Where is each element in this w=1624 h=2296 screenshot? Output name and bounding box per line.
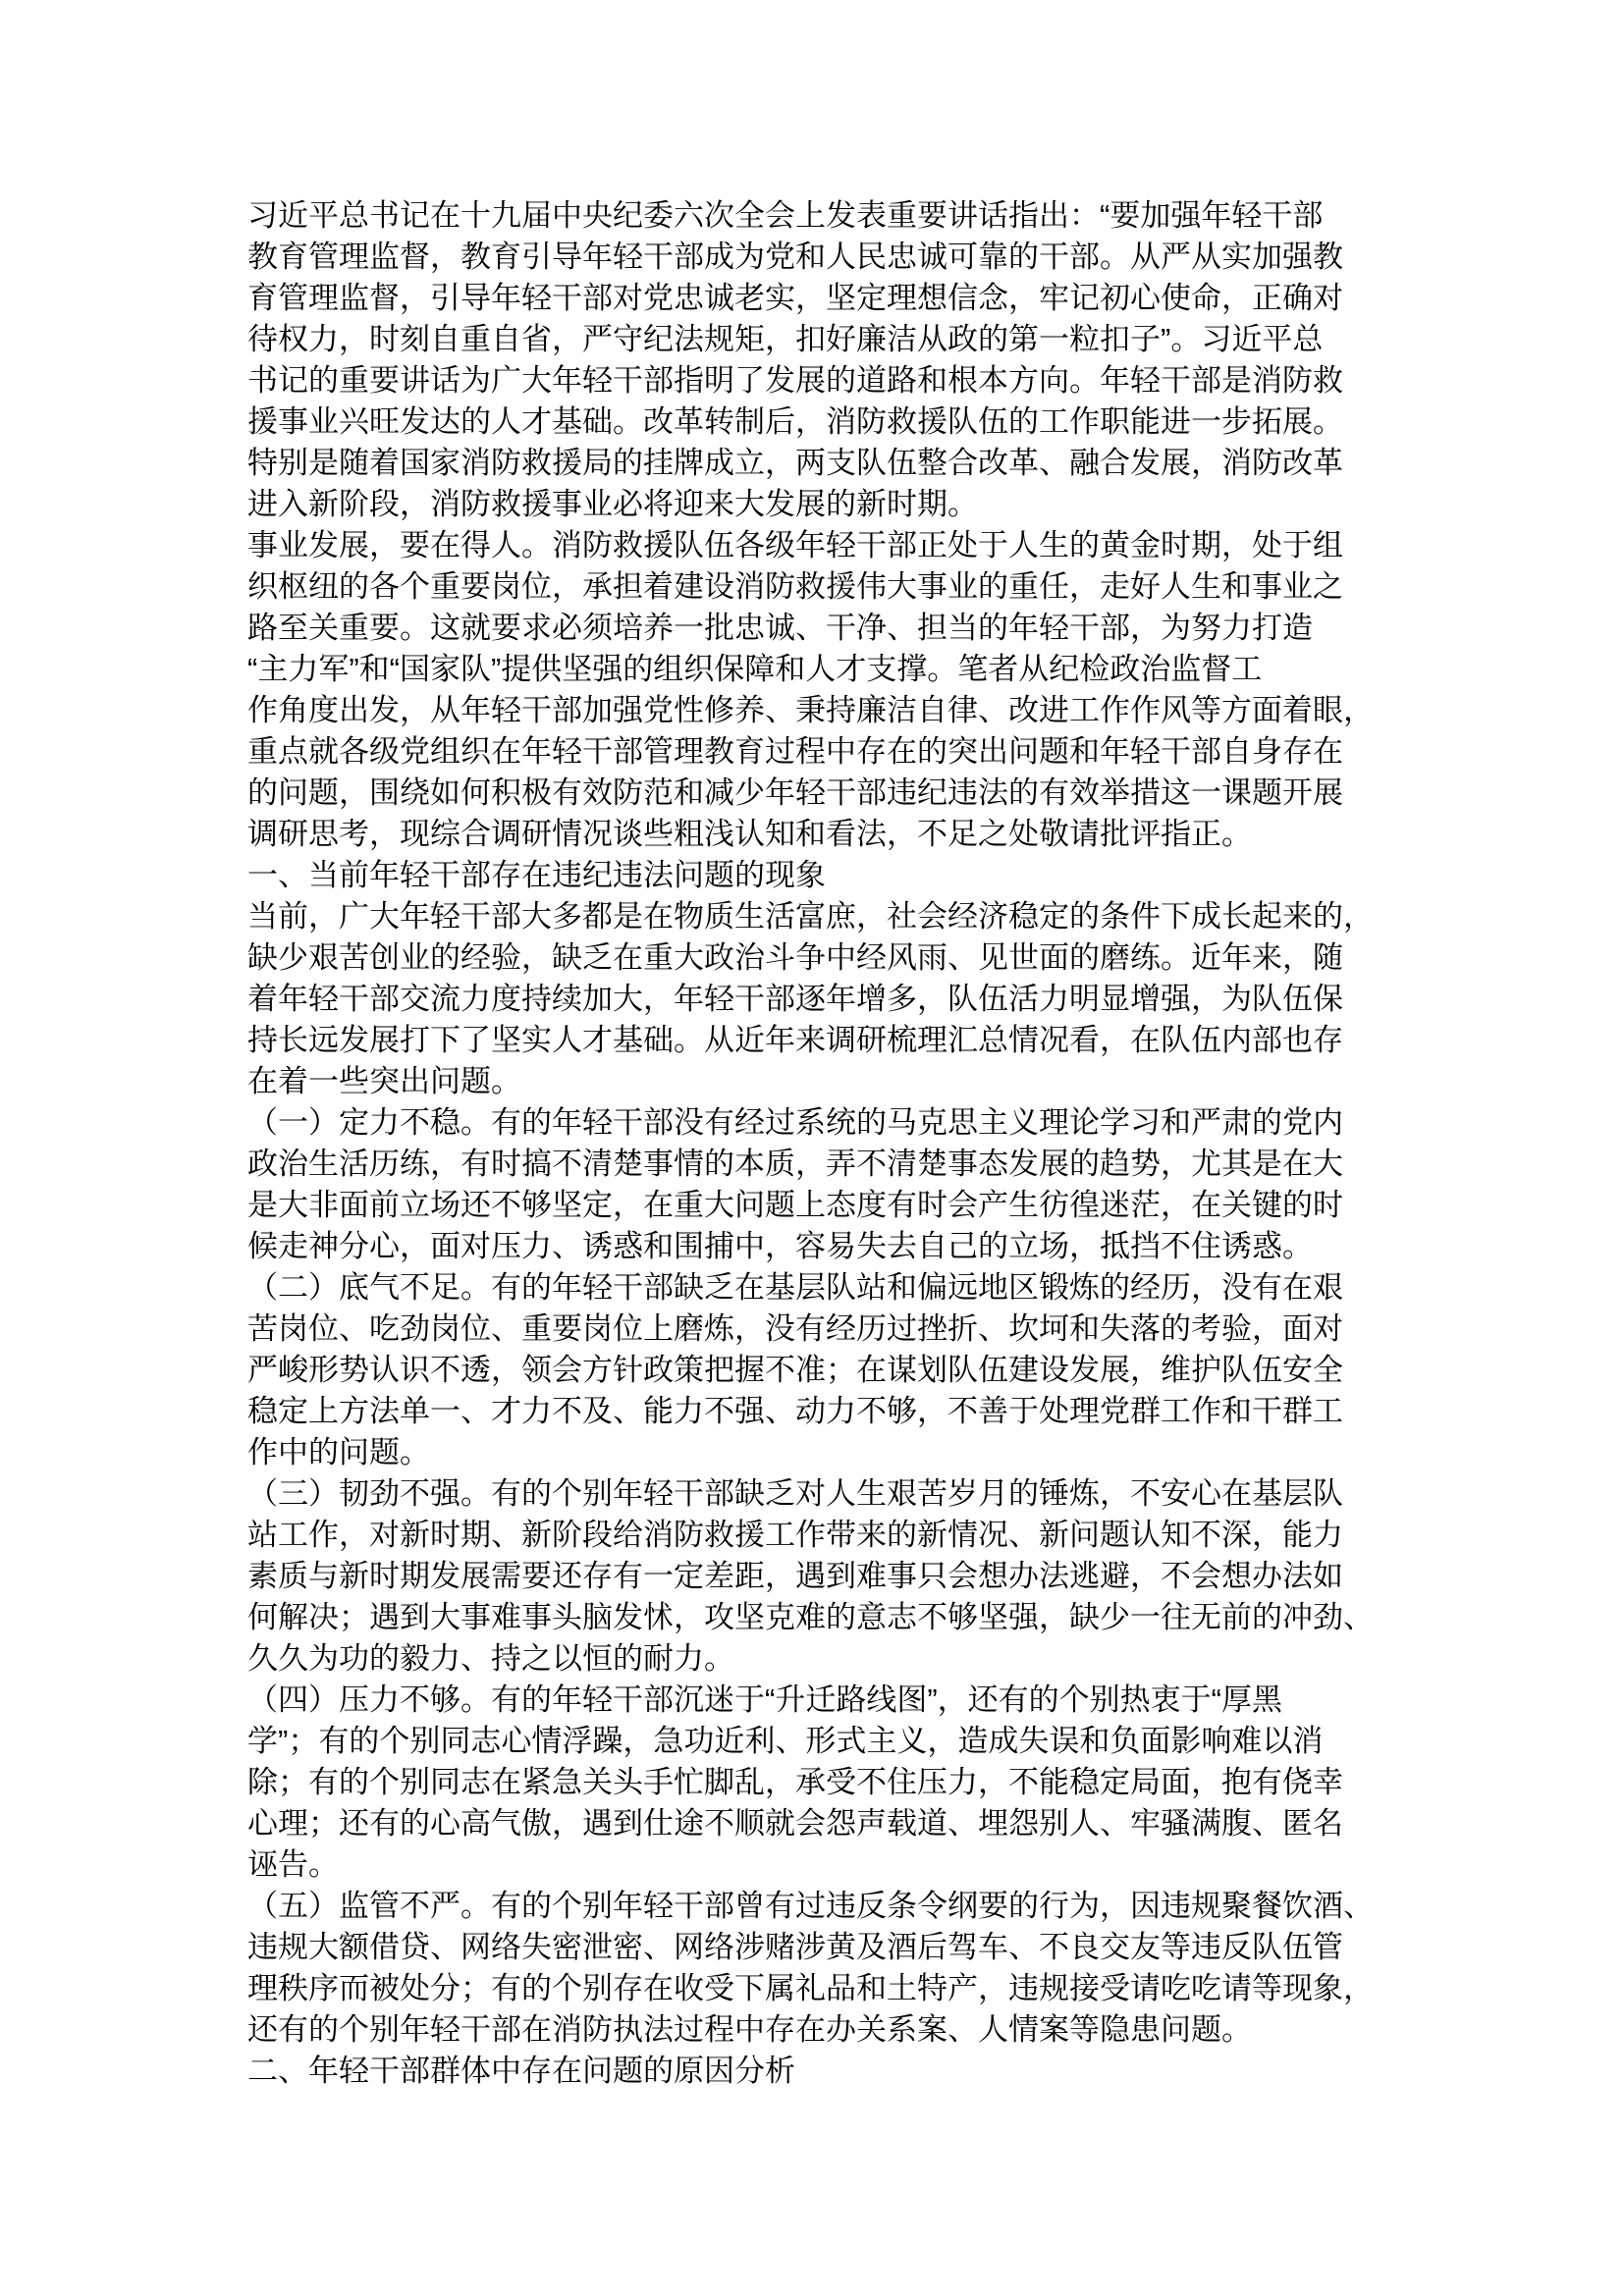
- text-line: 特别是随着国家消防救援局的挂牌成立，两支队伍整合改革、融合发展，消防改革: [247, 443, 1396, 484]
- text-line: 理秩序而被处分；有的个别存在收受下属礼品和土特产，违规接受请吃吃请等现象，: [247, 1968, 1396, 2009]
- text-line: 心理；还有的心高气傲，遇到仕途不顺就会怨声载道、埋怨别人、牢骚满腹、匿名: [247, 1803, 1396, 1844]
- text-line: 当前，广大年轻干部大多都是在物质生活富庶，社会经济稳定的条件下成长起来的，: [247, 896, 1396, 937]
- text-line: 在着一些突出问题。: [247, 1061, 1396, 1102]
- text-line: 路至关重要。这就要求必须培养一批忠诚、干净、担当的年轻干部，为努力打造: [247, 608, 1396, 649]
- text-line: 严峻形势认识不透，领会方针政策把握不准；在谋划队伍建设发展，维护队伍安全: [247, 1350, 1396, 1391]
- text-line: 素质与新时期发展需要还存有一定差距，遇到难事只会想办法逃避，不会想办法如: [247, 1556, 1396, 1597]
- text-line: （三）韧劲不强。有的个别年轻干部缺乏对人生艰苦岁月的锤炼，不安心在基层队: [247, 1473, 1396, 1515]
- section-heading: 二、年轻干部群体中存在问题的原因分析: [247, 2051, 1396, 2092]
- text-line: 书记的重要讲话为广大年轻干部指明了发展的道路和根本方向。年轻干部是消防救: [247, 360, 1396, 401]
- text-line: 何解决；遇到大事难事头脑发怵，攻坚克难的意志不够坚强，缺少一往无前的冲劲、: [247, 1597, 1396, 1638]
- text-line: 稳定上方法单一、才力不及、能力不强、动力不够，不善于处理党群工作和干群工: [247, 1391, 1396, 1432]
- paragraph: （一）定力不稳。有的年轻干部没有经过系统的马克思主义理论学习和严肃的党内政治生活…: [247, 1102, 1396, 1267]
- document-page: 习近平总书记在十九届中央纪委六次全会上发表重要讲话指出：“要加强年轻干部教育管理…: [0, 0, 1624, 2296]
- text-line: “主力军”和“国家队”提供坚强的组织保障和人才支撑。笔者从纪检政治监督工: [247, 649, 1396, 690]
- text-line: 还有的个别年轻干部在消防执法过程中存在办关系案、人情案等隐患问题。: [247, 2009, 1396, 2051]
- text-line: 缺少艰苦创业的经验，缺乏在重大政治斗争中经风雨、见世面的磨练。近年来，随: [247, 937, 1396, 979]
- text-line: 学”；有的个别同志心情浮躁，急功近利、形式主义，造成失误和负面影响难以消: [247, 1721, 1396, 1762]
- text-line: 援事业兴旺发达的人才基础。改革转制后，消防救援队伍的工作职能进一步拓展。: [247, 401, 1396, 443]
- text-line: 育管理监督，引导年轻干部对党忠诚老实，坚定理想信念，牢记初心使命，正确对: [247, 278, 1396, 319]
- text-line: 一、当前年轻干部存在违纪违法问题的现象: [247, 855, 1396, 896]
- text-line: 教育管理监督，教育引导年轻干部成为党和人民忠诚可靠的干部。从严从实加强教: [247, 237, 1396, 278]
- text-line: 是大非面前立场还不够坚定，在重大问题上态度有时会产生彷徨迷茫，在关键的时: [247, 1185, 1396, 1226]
- text-line: 除；有的个别同志在紧急关头手忙脚乱，承受不住压力，不能稳定局面，抱有侥幸: [247, 1762, 1396, 1803]
- text-line: 站工作，对新时期、新阶段给消防救援工作带来的新情况、新问题认知不深，能力: [247, 1515, 1396, 1556]
- text-line: 的问题，围绕如何积极有效防范和减少年轻干部违纪违法的有效举措这一课题开展: [247, 773, 1396, 814]
- paragraph: （四）压力不够。有的年轻干部沉迷于“升迁路线图”，还有的个别热衷于“厚黑学”；有…: [247, 1680, 1396, 1886]
- paragraph: （二）底气不足。有的年轻干部缺乏在基层队站和偏远地区锻炼的经历，没有在艰苦岗位、…: [247, 1267, 1396, 1473]
- section-heading: 一、当前年轻干部存在违纪违法问题的现象: [247, 855, 1396, 896]
- text-line: 政治生活历练，有时搞不清楚事情的本质，弄不清楚事态发展的趋势，尤其是在大: [247, 1144, 1396, 1185]
- text-line: 违规大额借贷、网络失密泄密、网络涉赌涉黄及酒后驾车、不良交友等违反队伍管: [247, 1927, 1396, 1968]
- text-line: 持长远发展打下了坚实人才基础。从近年来调研梳理汇总情况看，在队伍内部也存: [247, 1020, 1396, 1061]
- text-line: 久久为功的毅力、持之以恒的耐力。: [247, 1638, 1396, 1680]
- text-line: 织枢纽的各个重要岗位，承担着建设消防救援伟大事业的重任，走好人生和事业之: [247, 566, 1396, 608]
- paragraph: 当前，广大年轻干部大多都是在物质生活富庶，社会经济稳定的条件下成长起来的，缺少艰…: [247, 896, 1396, 1102]
- text-line: 重点就各级党组织在年轻干部管理教育过程中存在的突出问题和年轻干部自身存在: [247, 731, 1396, 773]
- text-line: 事业发展，要在得人。消防救援队伍各级年轻干部正处于人生的黄金时期，处于组: [247, 525, 1396, 566]
- paragraph: 习近平总书记在十九届中央纪委六次全会上发表重要讲话指出：“要加强年轻干部教育管理…: [247, 195, 1396, 525]
- text-line: 苦岗位、吃劲岗位、重要岗位上磨炼，没有经历过挫折、坎坷和失落的考验，面对: [247, 1308, 1396, 1350]
- text-line: 作中的问题。: [247, 1432, 1396, 1473]
- text-line: 进入新阶段，消防救援事业必将迎来大发展的新时期。: [247, 484, 1396, 525]
- text-line: 着年轻干部交流力度持续加大，年轻干部逐年增多，队伍活力明显增强，为队伍保: [247, 979, 1396, 1020]
- text-line: 习近平总书记在十九届中央纪委六次全会上发表重要讲话指出：“要加强年轻干部: [247, 195, 1396, 237]
- paragraph: （三）韧劲不强。有的个别年轻干部缺乏对人生艰苦岁月的锤炼，不安心在基层队站工作，…: [247, 1473, 1396, 1680]
- text-line: 二、年轻干部群体中存在问题的原因分析: [247, 2051, 1396, 2092]
- text-line: 调研思考，现综合调研情况谈些粗浅认知和看法，不足之处敬请批评指正。: [247, 814, 1396, 855]
- text-line: 待权力，时刻自重自省，严守纪法规矩，扣好廉洁从政的第一粒扣子”。习近平总: [247, 319, 1396, 360]
- text-line: 候走神分心，面对压力、诱惑和围捕中，容易失去自己的立场，抵挡不住诱惑。: [247, 1226, 1396, 1267]
- text-line: （五）监管不严。有的个别年轻干部曾有过违反条令纲要的行为，因违规聚餐饮酒、: [247, 1886, 1396, 1927]
- text-line: （一）定力不稳。有的年轻干部没有经过系统的马克思主义理论学习和严肃的党内: [247, 1102, 1396, 1144]
- text-line: （二）底气不足。有的年轻干部缺乏在基层队站和偏远地区锻炼的经历，没有在艰: [247, 1267, 1396, 1308]
- paragraph: （五）监管不严。有的个别年轻干部曾有过违反条令纲要的行为，因违规聚餐饮酒、违规大…: [247, 1886, 1396, 2051]
- text-line: 作角度出发，从年轻干部加强党性修养、秉持廉洁自律、改进工作作风等方面着眼，: [247, 690, 1396, 731]
- document-body: 习近平总书记在十九届中央纪委六次全会上发表重要讲话指出：“要加强年轻干部教育管理…: [247, 195, 1396, 2092]
- text-line: （四）压力不够。有的年轻干部沉迷于“升迁路线图”，还有的个别热衷于“厚黑: [247, 1680, 1396, 1721]
- paragraph: 事业发展，要在得人。消防救援队伍各级年轻干部正处于人生的黄金时期，处于组织枢纽的…: [247, 525, 1396, 855]
- text-line: 诬告。: [247, 1844, 1396, 1886]
